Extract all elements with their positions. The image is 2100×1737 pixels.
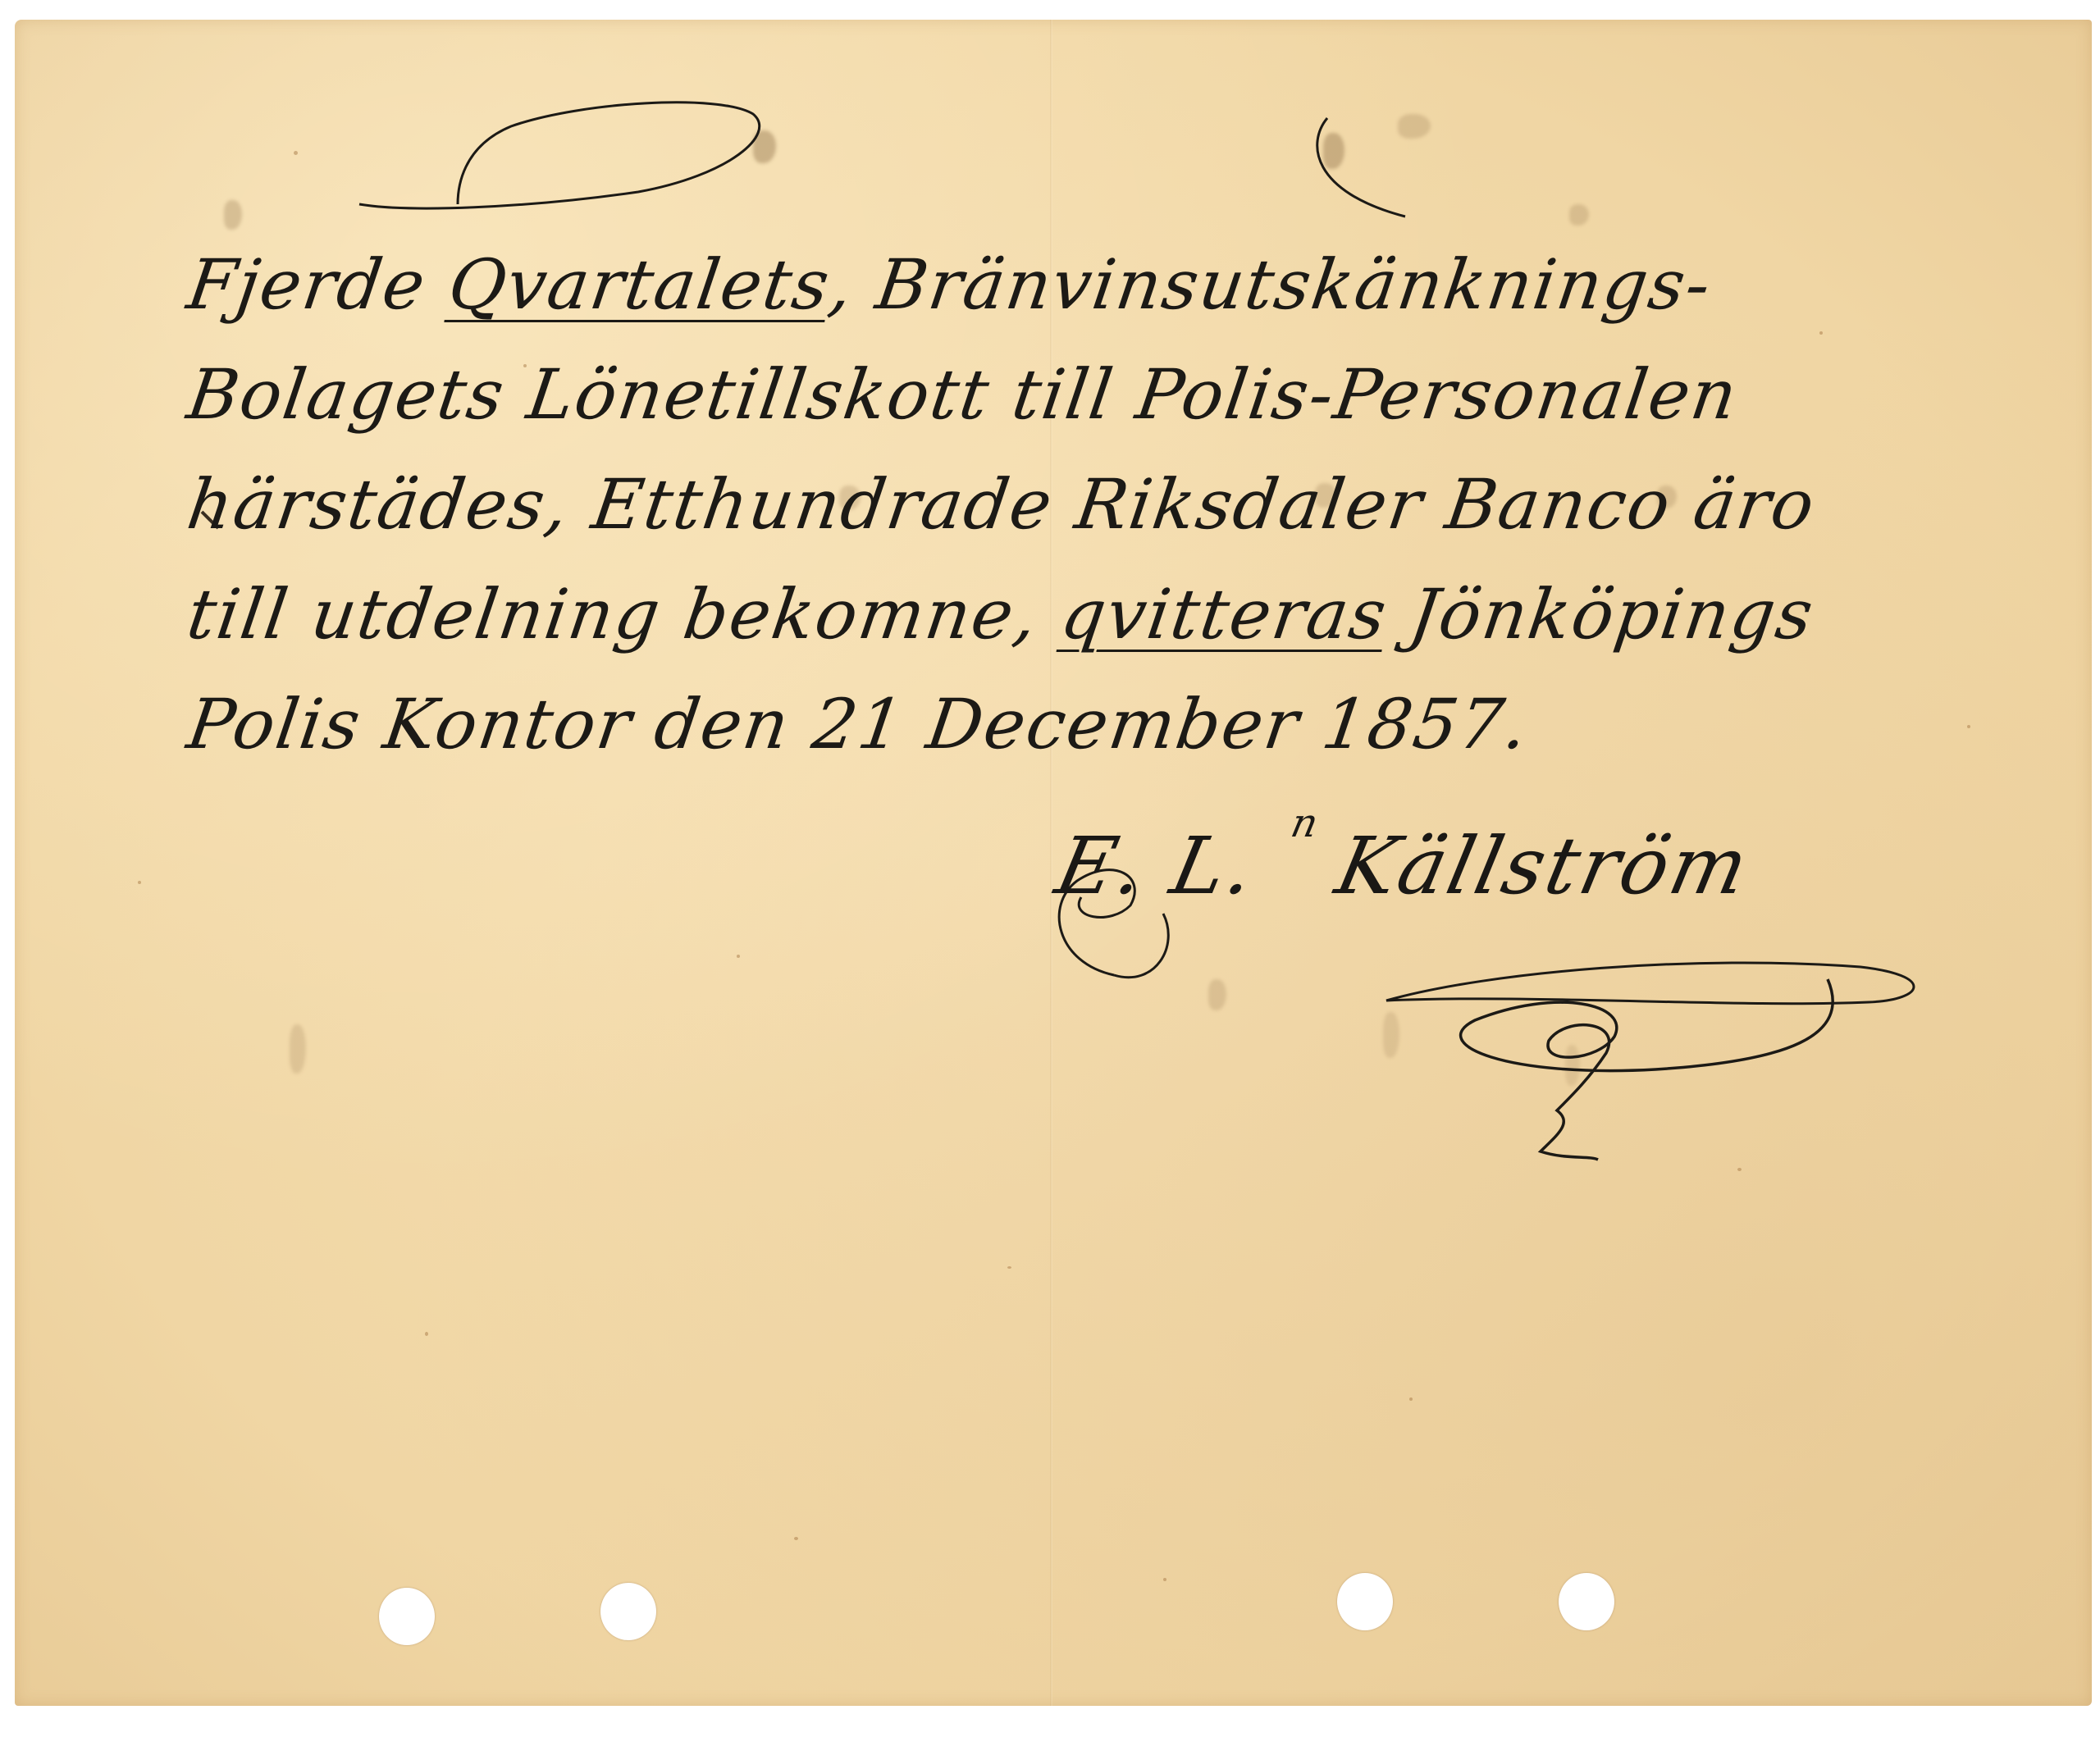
punch-hole bbox=[1337, 1573, 1393, 1630]
line-4-segment-3: Jönköpings bbox=[1381, 574, 1819, 654]
paper-speck bbox=[1163, 1578, 1166, 1581]
paper-speck bbox=[294, 151, 298, 155]
punch-hole bbox=[379, 1588, 435, 1645]
paper-speck bbox=[1737, 1168, 1742, 1171]
receipt-line-3: härstädes, Etthundrade Riksdaler Banco ä… bbox=[180, 449, 1952, 559]
ink-stain bbox=[753, 130, 776, 163]
ink-stain bbox=[290, 1024, 306, 1074]
ink-stain bbox=[1208, 979, 1226, 1010]
ink-stain bbox=[1398, 114, 1431, 139]
paper-speck bbox=[1007, 1266, 1011, 1269]
paper-speck bbox=[794, 1537, 798, 1540]
paper-speck bbox=[138, 881, 141, 884]
receipt-body: Fjerde Qvartalets, Bränvinsutskänknings-… bbox=[180, 230, 1936, 779]
paper-speck bbox=[737, 955, 740, 958]
line-4-segment-2: qvitteras bbox=[1056, 574, 1392, 654]
line-5-segment-1: Polis Kontor den 21 December 1857. bbox=[183, 684, 1535, 764]
signature-surname: Källström bbox=[1328, 820, 1758, 912]
punch-hole bbox=[600, 1583, 656, 1640]
ink-stain bbox=[1323, 133, 1344, 169]
receipt-line-2: Bolagets Lönetillskott till Polis-Person… bbox=[180, 340, 1952, 449]
line-1-segment-2: Qvartalets bbox=[444, 244, 836, 325]
paper-speck bbox=[1409, 1397, 1413, 1401]
line-3-segment-1: härstädes, Etthundrade Riksdaler Banco ä… bbox=[183, 464, 1821, 545]
ink-stain bbox=[1383, 1012, 1399, 1058]
receipt-line-5: Polis Kontor den 21 December 1857. bbox=[180, 669, 1952, 779]
paper-speck bbox=[425, 1332, 428, 1336]
signature-underline-loop bbox=[1386, 963, 1914, 1004]
signature-paraph bbox=[1461, 979, 1833, 1160]
signature: E. L. n Källström bbox=[1048, 820, 1758, 912]
line-2-segment-1: Bolagets Lönetillskott till Polis-Person… bbox=[183, 354, 1743, 435]
line-4-segment-1: till utdelning bekomne, bbox=[183, 574, 1067, 654]
ink-stain bbox=[1565, 1045, 1580, 1086]
receipt-line-1: Fjerde Qvartalets, Bränvinsutskänknings- bbox=[180, 230, 1952, 340]
ink-stain bbox=[1569, 204, 1589, 226]
ink-stain bbox=[224, 200, 242, 230]
line-1-segment-1: Fjerde bbox=[183, 244, 455, 325]
paper-speck bbox=[1967, 725, 1970, 728]
flourish-top-loop bbox=[359, 103, 760, 208]
receipt-line-4: till utdelning bekomne, qvitteras Jönköp… bbox=[180, 559, 1952, 669]
line-1-segment-3: , Bränvinsutskänknings- bbox=[824, 244, 1717, 325]
punch-hole bbox=[1559, 1573, 1614, 1630]
signature-initials: E. L. bbox=[1048, 820, 1265, 912]
